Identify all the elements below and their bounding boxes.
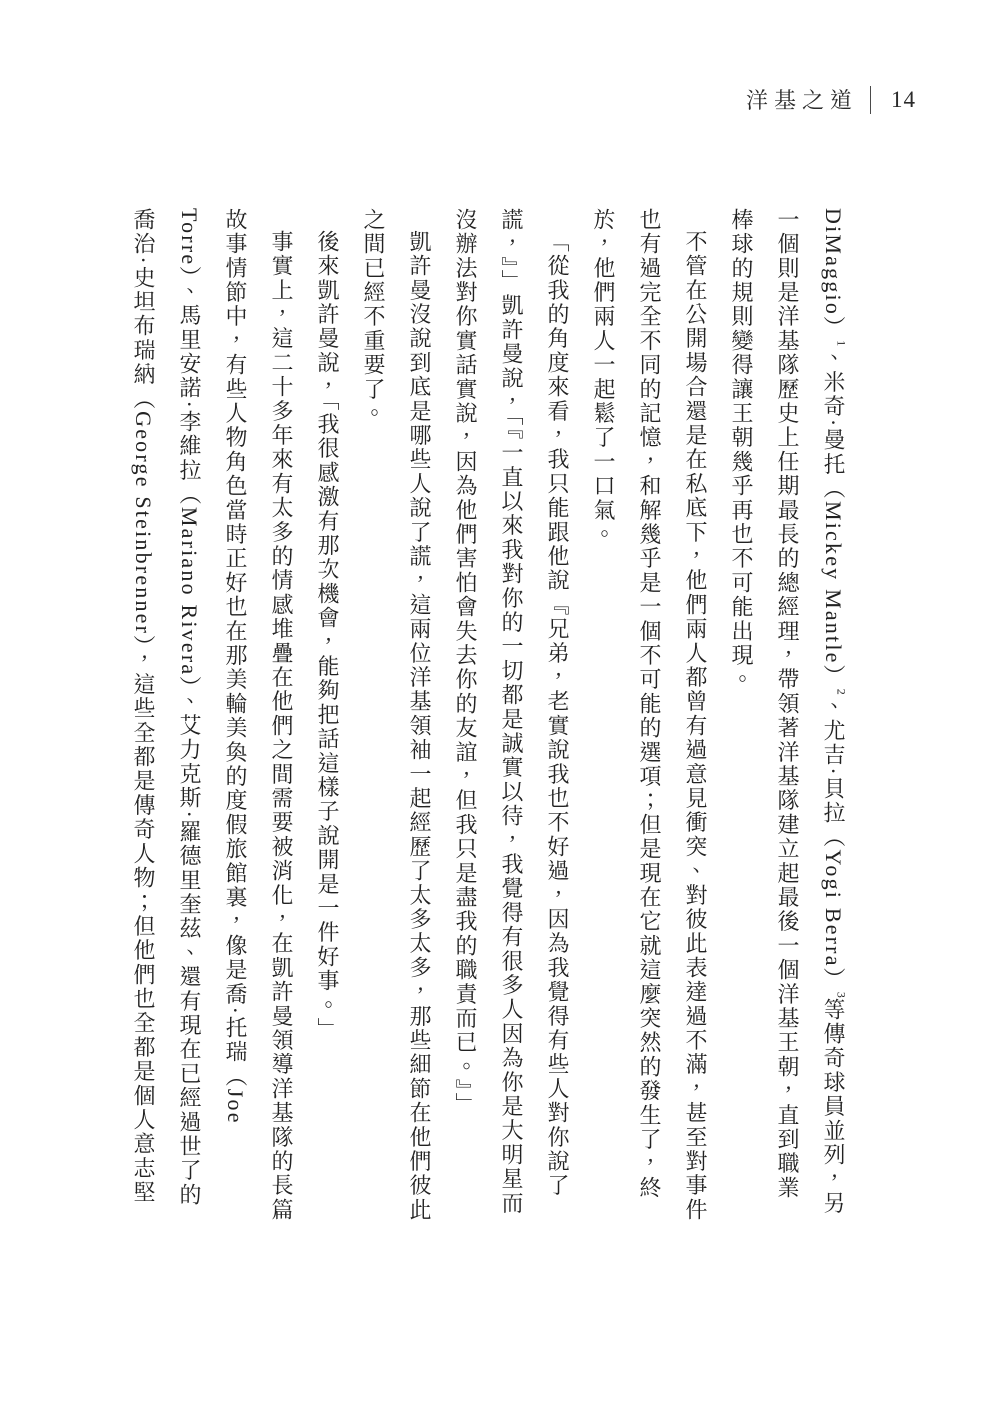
paragraph: 事實上，這二十多年來有太多的情感堆疊在他們之間需要被消化，在凱許曼領導洋基隊的長… <box>120 208 304 1224</box>
paragraph: 「從我的角度來看，我只能跟他說『兄弟，老實說我也不好過，因為我覺得有些人對你說了… <box>442 208 580 1224</box>
book-page: 洋基之道 14 DiMaggio）1、米奇·曼托（Mickey Mantle）2… <box>0 0 1000 1403</box>
text-run: 、尤吉·貝拉（Yogi Berra） <box>821 695 846 992</box>
text-run: DiMaggio） <box>821 208 846 340</box>
page-number: 14 <box>891 87 916 113</box>
book-title: 洋基之道 <box>746 84 858 115</box>
running-head: 洋基之道 14 <box>746 84 916 115</box>
paragraph: DiMaggio）1、米奇·曼托（Mickey Mantle）2、尤吉·貝拉（Y… <box>718 208 856 1224</box>
body-text: DiMaggio）1、米奇·曼托（Mickey Mantle）2、尤吉·貝拉（Y… <box>116 208 856 1224</box>
paragraph: 凱許曼沒說到底是哪些人說了謊，這兩位洋基領袖一起經歷了太多太多，那些細節在他們彼… <box>350 208 442 1224</box>
paragraph: 後來凱許曼說，「我很感激有那次機會，能夠把話這樣子說開是一件好事。」 <box>304 208 350 1224</box>
header-divider <box>870 86 871 114</box>
text-run: 、米奇·曼托（Mickey Mantle） <box>821 346 846 689</box>
paragraph: 不管在公開場合還是在私底下，他們兩人都曾有過意見衝突、對彼此表達過不滿，甚至對事… <box>580 208 718 1224</box>
